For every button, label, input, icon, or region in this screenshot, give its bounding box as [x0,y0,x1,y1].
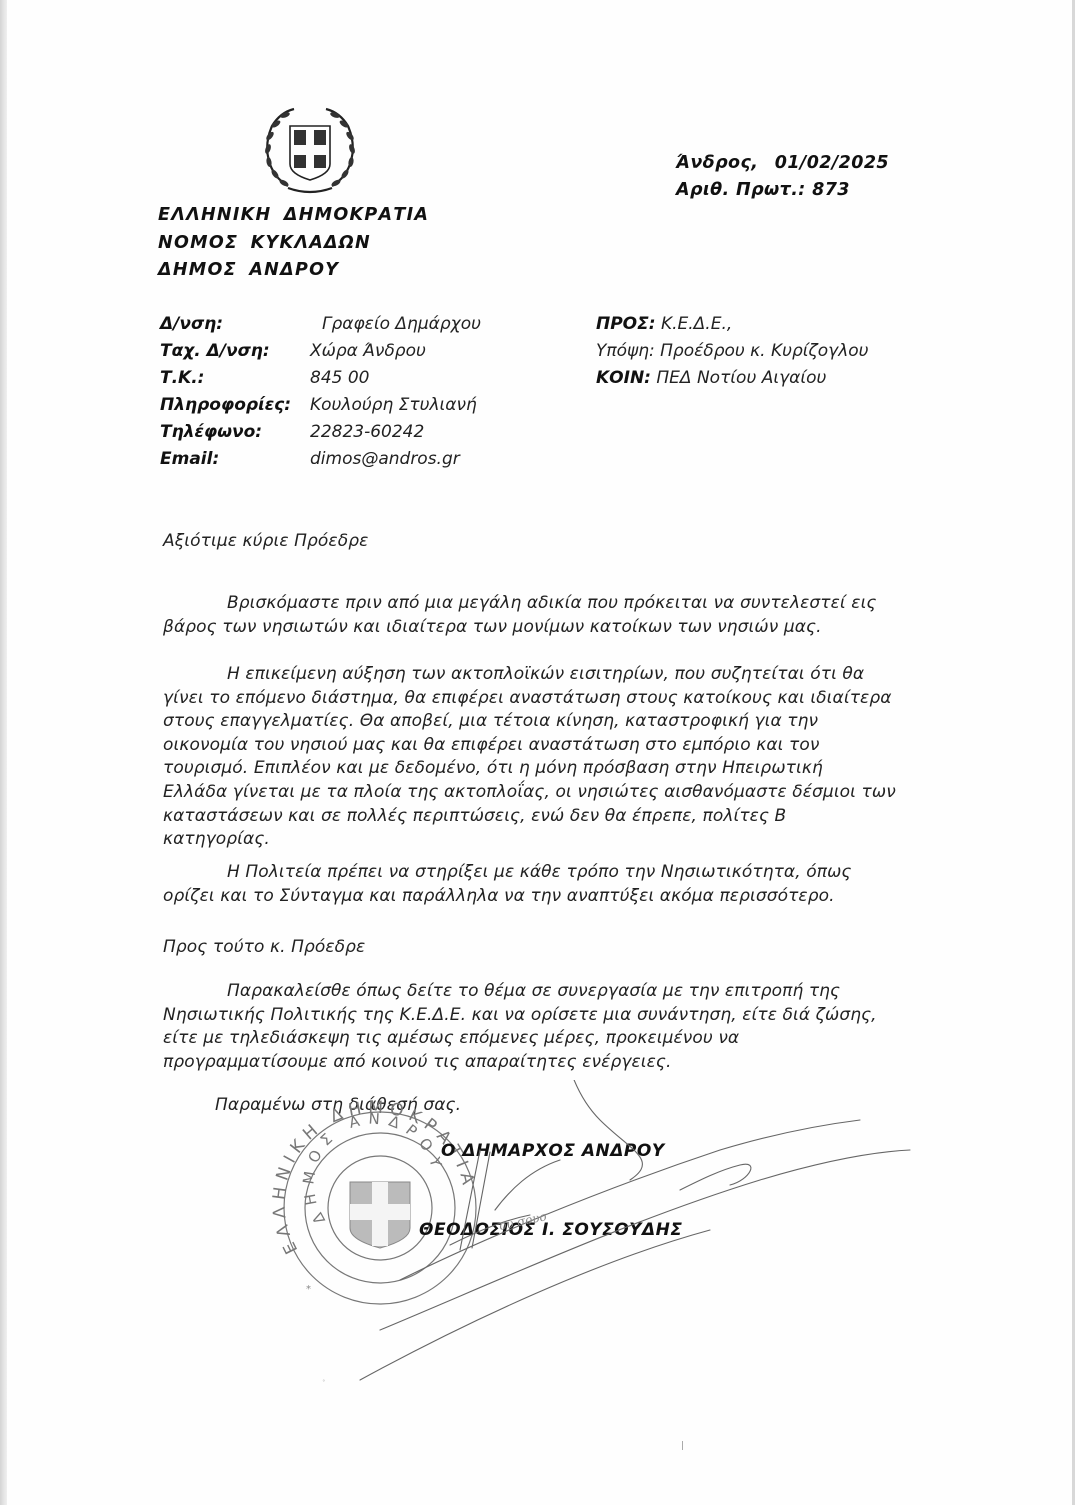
signatory-name: ΘΕΟΔΟΣΙΟΣ Ι. ΣΟΥΣΟΥΔΗΣ [419,1220,683,1240]
org-line-prefecture: ΝΟΜΟΣ ΚΥΚΛΑΔΩΝ [158,230,429,258]
document-date: 01/02/2025 [775,153,889,173]
sender-row-email: Email: dimos@andros.gr [160,446,481,473]
scan-artifact: ˚ [322,1380,326,1388]
paragraph-1: Βρισκόμαστε πριν από μια μεγάλη αδικία π… [163,592,923,639]
sender-details: Δ/νση: Γραφείο Δημάρχου Ταχ. Δ/νση: Χώρα… [160,311,481,473]
sender-row-contact: Πληροφορίες: Κουλούρη Στυλιανή [160,392,481,419]
recipient-block: ΠΡΟΣ: Κ.Ε.Δ.Ε., Υπόψη: Προέδρου κ. Κυρίζ… [596,311,869,392]
to-value: Κ.Ε.Δ.Ε., [661,314,732,334]
to-label: ΠΡΟΣ: [596,314,656,334]
signatory-title: Ο ΔΗΜΑΡΧΟΣ ΑΝΔΡΟΥ [441,1141,665,1161]
paragraph-3: Η Πολιτεία πρέπει να στηρίξει με κάθε τρ… [163,861,923,908]
sender-row-phone: Τηλέφωνο: 22823-60242 [160,419,481,446]
paragraph-2: Η επικείμενη αύξηση των ακτοπλοϊκών εισι… [163,663,923,852]
scan-artifact [682,1441,687,1450]
sender-row-department: Δ/νση: Γραφείο Δημάρχου [160,311,481,338]
org-line-country: ΕΛΛΗΝΙΚΗ ΔΗΜΟΚΡΑΤΙΑ [158,202,429,230]
cc-value: ΠΕΔ Νοτίου Αιγαίου [656,368,826,388]
cc-label: ΚΟΙΝ: [596,368,651,388]
municipal-stamp-icon: ΕΛΛΗΝΙΚΗ ΔΗΜΟΚΡΑΤΙΑ ΔΗΜΟΣ ΑΝΔΡΟΥ * [268,1100,488,1310]
org-line-municipality: ΔΗΜΟΣ ΑΝΔΡΟΥ [158,257,429,285]
date-protocol-block: Άνδρος, 01/02/2025 Αριθ. Πρωτ.: 873 [676,150,889,204]
protocol-number: 873 [812,180,850,200]
place-label: Άνδρος, [676,153,758,173]
page-left-edge [0,0,7,1505]
issuing-authority: ΕΛΛΗΝΙΚΗ ΔΗΜΟΚΡΑΤΙΑ ΝΟΜΟΣ ΚΥΚΛΑΔΩΝ ΔΗΜΟΣ… [158,202,429,285]
email-link[interactable]: dimos@andros.gr [310,446,460,473]
sender-row-address: Ταχ. Δ/νση: Χώρα Άνδρου [160,338,481,365]
svg-text:*: * [306,1284,311,1295]
sender-row-postcode: Τ.Κ.: 845 00 [160,365,481,392]
address-line: Προς τούτο κ. Πρόεδρε [163,936,365,960]
attention-line: Υπόψη: Προέδρου κ. Κυρίζογλου [596,338,869,365]
protocol-label: Αριθ. Πρωτ.: [676,180,806,200]
paragraph-4: Παρακαλείσθε όπως δείτε το θέμα σε συνερ… [163,980,933,1074]
salutation: Αξιότιμε κύριε Πρόεδρε [163,530,368,554]
greek-coat-of-arms-icon [258,104,362,196]
